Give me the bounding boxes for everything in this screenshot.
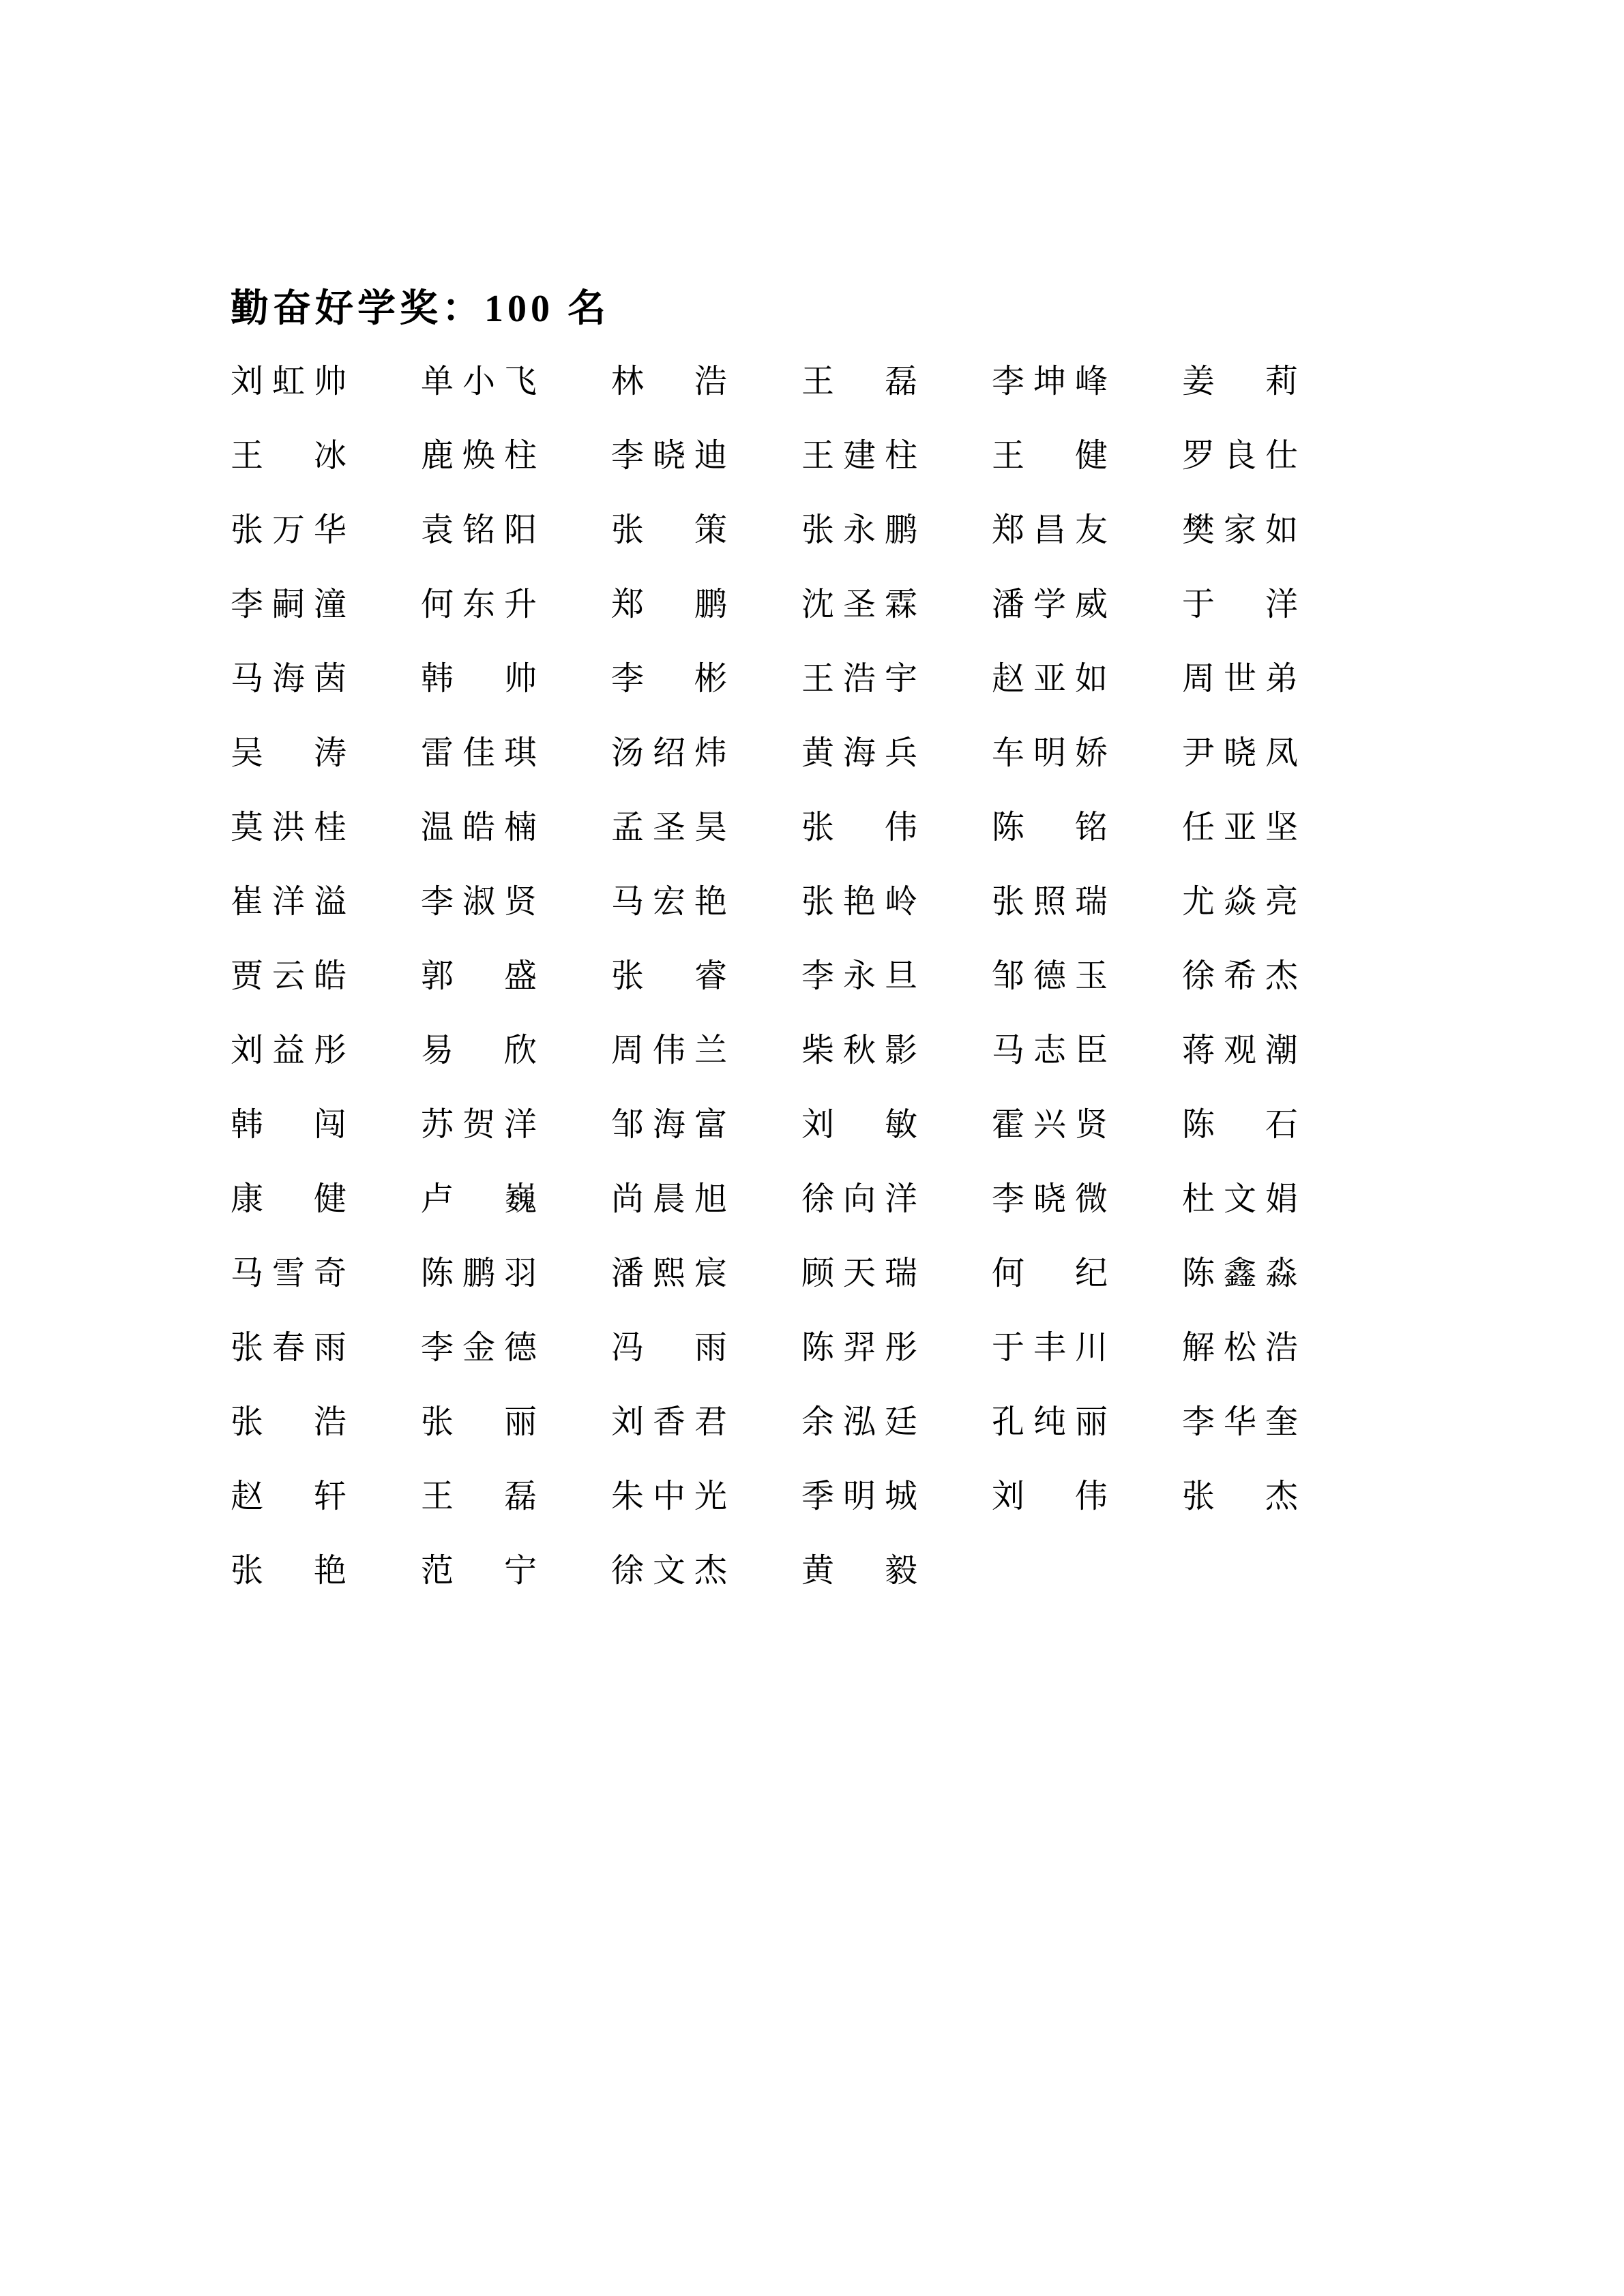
winner-name: 郑昌友 bbox=[992, 490, 1182, 564]
winner-name: 孔纯丽 bbox=[992, 1382, 1182, 1456]
winner-name: 尹晓凤 bbox=[1182, 713, 1372, 787]
winner-name: 李晓迪 bbox=[611, 415, 801, 490]
winner-name: 吴 涛 bbox=[231, 713, 421, 787]
winner-name: 李金德 bbox=[421, 1307, 611, 1382]
winner-name: 张 策 bbox=[611, 490, 801, 564]
winner-name: 徐希杰 bbox=[1182, 936, 1372, 1010]
winner-name: 邹海富 bbox=[611, 1084, 801, 1159]
winner-name: 康 健 bbox=[231, 1159, 421, 1233]
winner-name: 郑 鹏 bbox=[611, 564, 801, 638]
winner-name: 李坤峰 bbox=[992, 341, 1182, 415]
winner-name: 何 纪 bbox=[992, 1233, 1182, 1307]
winner-name: 王 磊 bbox=[421, 1456, 611, 1530]
winner-name: 张艳岭 bbox=[801, 861, 992, 936]
winner-name: 孟圣昊 bbox=[611, 787, 801, 861]
winner-name: 黄海兵 bbox=[801, 713, 992, 787]
winner-name: 王 健 bbox=[992, 415, 1182, 490]
winner-name: 赵 轩 bbox=[231, 1456, 421, 1530]
winner-name: 杜文娟 bbox=[1182, 1159, 1372, 1233]
winner-name: 黄 毅 bbox=[801, 1530, 992, 1605]
winner-name: 沈圣霖 bbox=[801, 564, 992, 638]
winner-name: 马志臣 bbox=[992, 1010, 1182, 1084]
winner-name: 王浩宇 bbox=[801, 638, 992, 713]
winner-name: 潘学威 bbox=[992, 564, 1182, 638]
winner-name: 李永旦 bbox=[801, 936, 992, 1010]
winner-name: 李华奎 bbox=[1182, 1382, 1372, 1456]
winner-name: 陈 铭 bbox=[992, 787, 1182, 861]
winner-name: 于丰川 bbox=[992, 1307, 1182, 1382]
document-page: 勤奋好学奖：100 名 刘虹帅单小飞林 浩王 磊李坤峰姜 莉王 冰鹿焕柱李晓迪王… bbox=[0, 0, 1624, 2296]
winner-name: 张永鹏 bbox=[801, 490, 992, 564]
winner-name: 霍兴贤 bbox=[992, 1084, 1182, 1159]
winner-name: 邹德玉 bbox=[992, 936, 1182, 1010]
winner-name: 韩 闯 bbox=[231, 1084, 421, 1159]
winner-name: 张 杰 bbox=[1182, 1456, 1372, 1530]
winner-name: 王建柱 bbox=[801, 415, 992, 490]
winner-name: 张 浩 bbox=[231, 1382, 421, 1456]
award-heading: 勤奋好学奖：100 名 bbox=[231, 278, 610, 333]
winner-name: 李 彬 bbox=[611, 638, 801, 713]
award-winner-list: 刘虹帅单小飞林 浩王 磊李坤峰姜 莉王 冰鹿焕柱李晓迪王建柱王 健罗良仕张万华袁… bbox=[231, 341, 1372, 1605]
winner-name: 冯 雨 bbox=[611, 1307, 801, 1382]
winner-name: 刘 敏 bbox=[801, 1084, 992, 1159]
winner-name: 于 洋 bbox=[1182, 564, 1372, 638]
winner-name: 韩 帅 bbox=[421, 638, 611, 713]
winner-name: 范 宁 bbox=[421, 1530, 611, 1605]
winner-name: 周伟兰 bbox=[611, 1010, 801, 1084]
winner-name: 袁铭阳 bbox=[421, 490, 611, 564]
winner-name: 单小飞 bbox=[421, 341, 611, 415]
winner-name: 车明娇 bbox=[992, 713, 1182, 787]
winner-name: 赵亚如 bbox=[992, 638, 1182, 713]
winner-name: 何东升 bbox=[421, 564, 611, 638]
winner-name: 任亚坚 bbox=[1182, 787, 1372, 861]
winner-name: 陈 石 bbox=[1182, 1084, 1372, 1159]
winner-name: 贾云皓 bbox=[231, 936, 421, 1010]
winner-name: 易 欣 bbox=[421, 1010, 611, 1084]
winner-name: 解松浩 bbox=[1182, 1307, 1372, 1382]
winner-name: 鹿焕柱 bbox=[421, 415, 611, 490]
winner-name: 王 磊 bbox=[801, 341, 992, 415]
winner-name: 徐向洋 bbox=[801, 1159, 992, 1233]
winner-name: 张照瑞 bbox=[992, 861, 1182, 936]
winner-name: 张 艳 bbox=[231, 1530, 421, 1605]
winner-name: 陈鹏羽 bbox=[421, 1233, 611, 1307]
winner-name: 张 伟 bbox=[801, 787, 992, 861]
winner-name: 李淑贤 bbox=[421, 861, 611, 936]
winner-name: 雷佳琪 bbox=[421, 713, 611, 787]
winner-name: 马海茵 bbox=[231, 638, 421, 713]
winner-name: 卢 巍 bbox=[421, 1159, 611, 1233]
winner-name: 莫洪桂 bbox=[231, 787, 421, 861]
winner-name: 王 冰 bbox=[231, 415, 421, 490]
winner-name: 马雪奇 bbox=[231, 1233, 421, 1307]
winner-name: 张春雨 bbox=[231, 1307, 421, 1382]
winner-name: 张 睿 bbox=[611, 936, 801, 1010]
winner-name: 苏贺洋 bbox=[421, 1084, 611, 1159]
winner-name: 李嗣潼 bbox=[231, 564, 421, 638]
winner-name: 顾天瑞 bbox=[801, 1233, 992, 1307]
winner-name: 刘益彤 bbox=[231, 1010, 421, 1084]
winner-name: 陈鑫淼 bbox=[1182, 1233, 1372, 1307]
winner-name: 朱中光 bbox=[611, 1456, 801, 1530]
winner-name: 罗良仕 bbox=[1182, 415, 1372, 490]
winner-name: 姜 莉 bbox=[1182, 341, 1372, 415]
winner-name: 蒋观潮 bbox=[1182, 1010, 1372, 1084]
winner-name: 徐文杰 bbox=[611, 1530, 801, 1605]
winner-name: 马宏艳 bbox=[611, 861, 801, 936]
winner-name: 郭 盛 bbox=[421, 936, 611, 1010]
winner-name: 陈羿彤 bbox=[801, 1307, 992, 1382]
winner-name: 崔洋溢 bbox=[231, 861, 421, 936]
winner-name: 柴秋影 bbox=[801, 1010, 992, 1084]
winner-name: 季明城 bbox=[801, 1456, 992, 1530]
winner-name: 刘虹帅 bbox=[231, 341, 421, 415]
winner-name: 温皓楠 bbox=[421, 787, 611, 861]
winner-name: 樊家如 bbox=[1182, 490, 1372, 564]
winner-name: 李晓微 bbox=[992, 1159, 1182, 1233]
winner-name: 余泓廷 bbox=[801, 1382, 992, 1456]
winner-name: 潘熙宸 bbox=[611, 1233, 801, 1307]
winner-name: 林 浩 bbox=[611, 341, 801, 415]
winner-name: 周世弟 bbox=[1182, 638, 1372, 713]
winner-name: 张万华 bbox=[231, 490, 421, 564]
winner-name: 张 丽 bbox=[421, 1382, 611, 1456]
winner-name: 刘香君 bbox=[611, 1382, 801, 1456]
winner-name: 尚晨旭 bbox=[611, 1159, 801, 1233]
winner-name: 汤绍炜 bbox=[611, 713, 801, 787]
winner-name: 尤焱亮 bbox=[1182, 861, 1372, 936]
winner-name: 刘 伟 bbox=[992, 1456, 1182, 1530]
